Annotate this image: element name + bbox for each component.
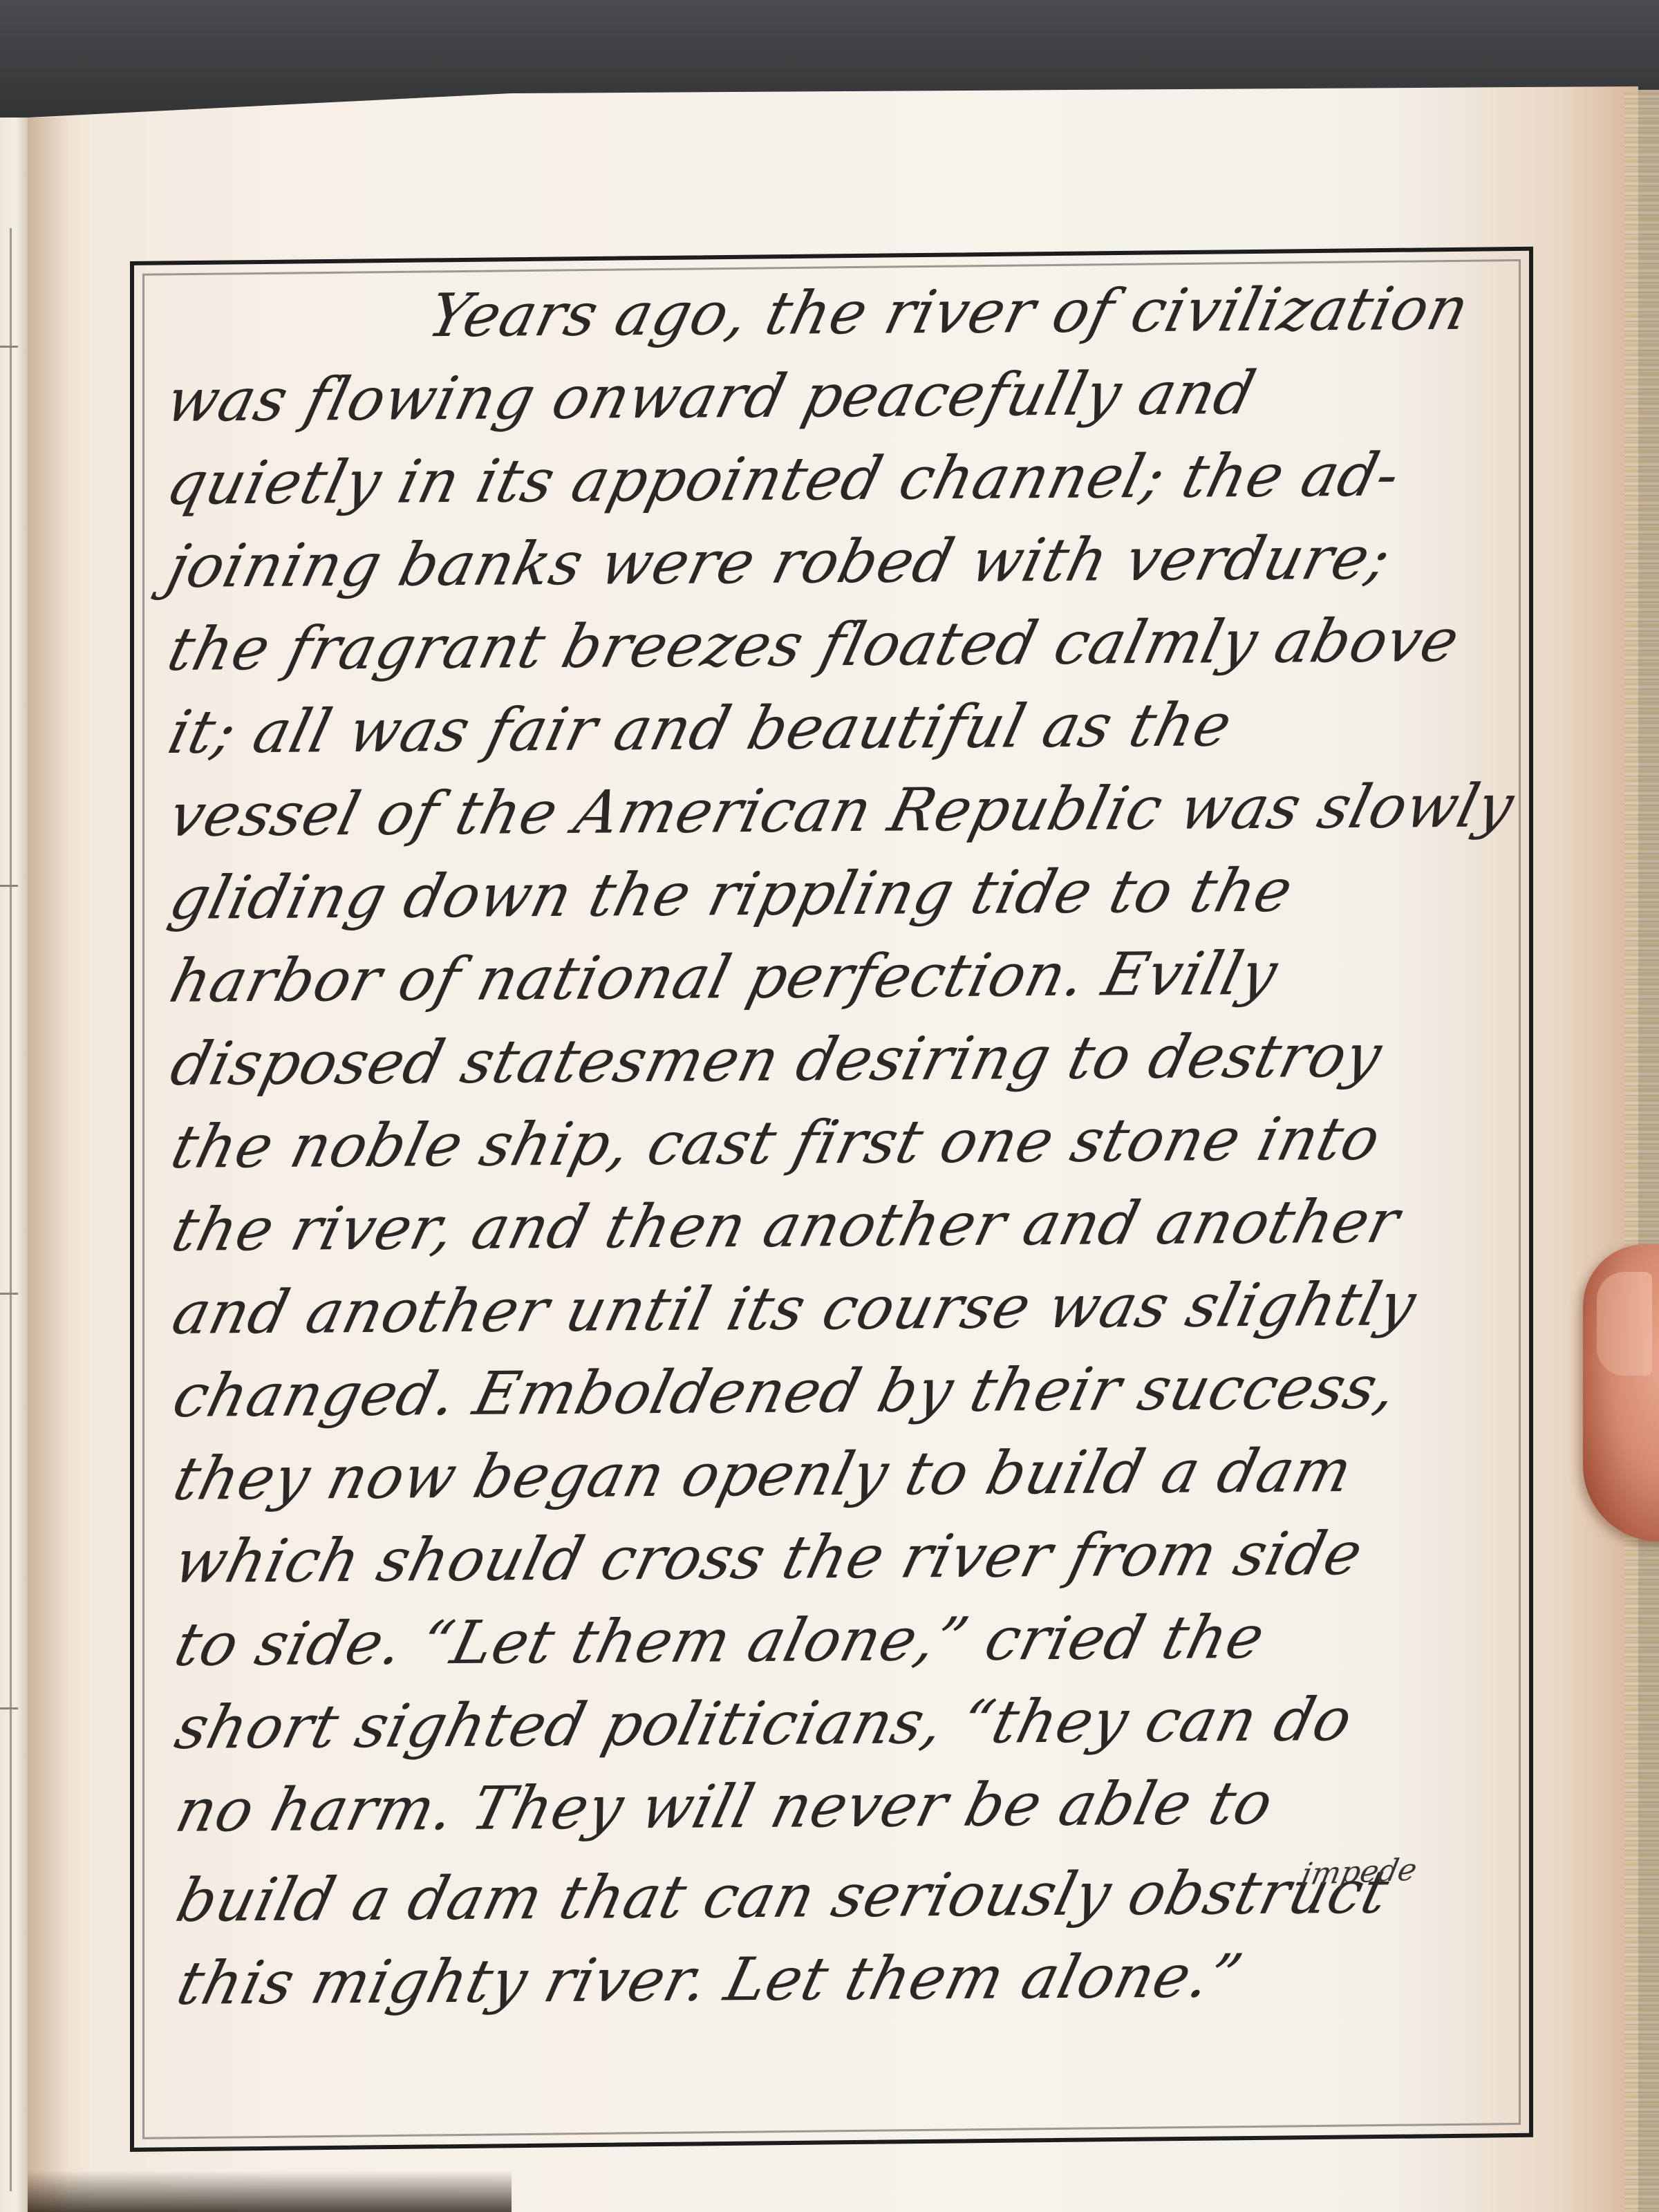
text-line: harbor of national perfection. Evilly bbox=[162, 936, 1285, 1020]
text-line: joining banks were robed with verdure; bbox=[160, 520, 1398, 605]
text-line: disposed statesmen desiring to destroy bbox=[163, 1018, 1389, 1103]
interlinear-correction: impede bbox=[1298, 1852, 1420, 1892]
text-line: no harm. They will never be able to bbox=[169, 1765, 1281, 1849]
text-line: it; all was fair and beautiful as the bbox=[161, 687, 1239, 771]
text-line: the noble ship, cast first one stone int… bbox=[164, 1101, 1388, 1185]
left-page-mark bbox=[0, 1707, 18, 1709]
text-line: the river, and then another and another bbox=[165, 1183, 1407, 1268]
spine-shadow bbox=[28, 118, 69, 2212]
left-page-mark bbox=[0, 885, 18, 887]
handwritten-text-block: Years ago, the river of civilization was… bbox=[158, 270, 1546, 2133]
text-line: and another until its course was slightl… bbox=[165, 1266, 1424, 1351]
text-line: short sighted politicians, “they can do bbox=[168, 1682, 1360, 1766]
left-page-edge bbox=[0, 118, 30, 2212]
left-page-rule bbox=[10, 228, 12, 2191]
text-line: was flowing onward peacefully and bbox=[159, 355, 1264, 439]
text-line: vessel of the American Republic was slow… bbox=[162, 768, 1522, 854]
text-line: gliding down the rippling tide to the bbox=[162, 852, 1301, 936]
text-line: build a dam that can seriously obstruct bbox=[169, 1855, 1397, 1939]
text-line: this mighty river. Let them alone.” bbox=[170, 1938, 1250, 2022]
fingernail bbox=[1597, 1272, 1652, 1376]
text-line: which should cross the river from side bbox=[167, 1516, 1370, 1600]
holding-finger bbox=[1583, 1244, 1659, 1541]
text-line: to side. “Let them alone,” cried the bbox=[167, 1600, 1273, 1683]
text-line: changed. Emboldened by their success, bbox=[166, 1349, 1405, 1434]
text-line: Years ago, the river of civilization bbox=[158, 271, 1477, 356]
bottom-shadow bbox=[28, 2171, 512, 2212]
left-page-mark bbox=[0, 346, 18, 348]
page-fore-edge bbox=[1624, 90, 1659, 2212]
left-page-mark bbox=[0, 1293, 18, 1295]
text-line: they now began openly to build a dam bbox=[166, 1433, 1360, 1517]
text-line: the fragrant breezes floated calmly abov… bbox=[160, 603, 1467, 688]
text-line: quietly in its appointed channel; the ad… bbox=[159, 437, 1407, 522]
